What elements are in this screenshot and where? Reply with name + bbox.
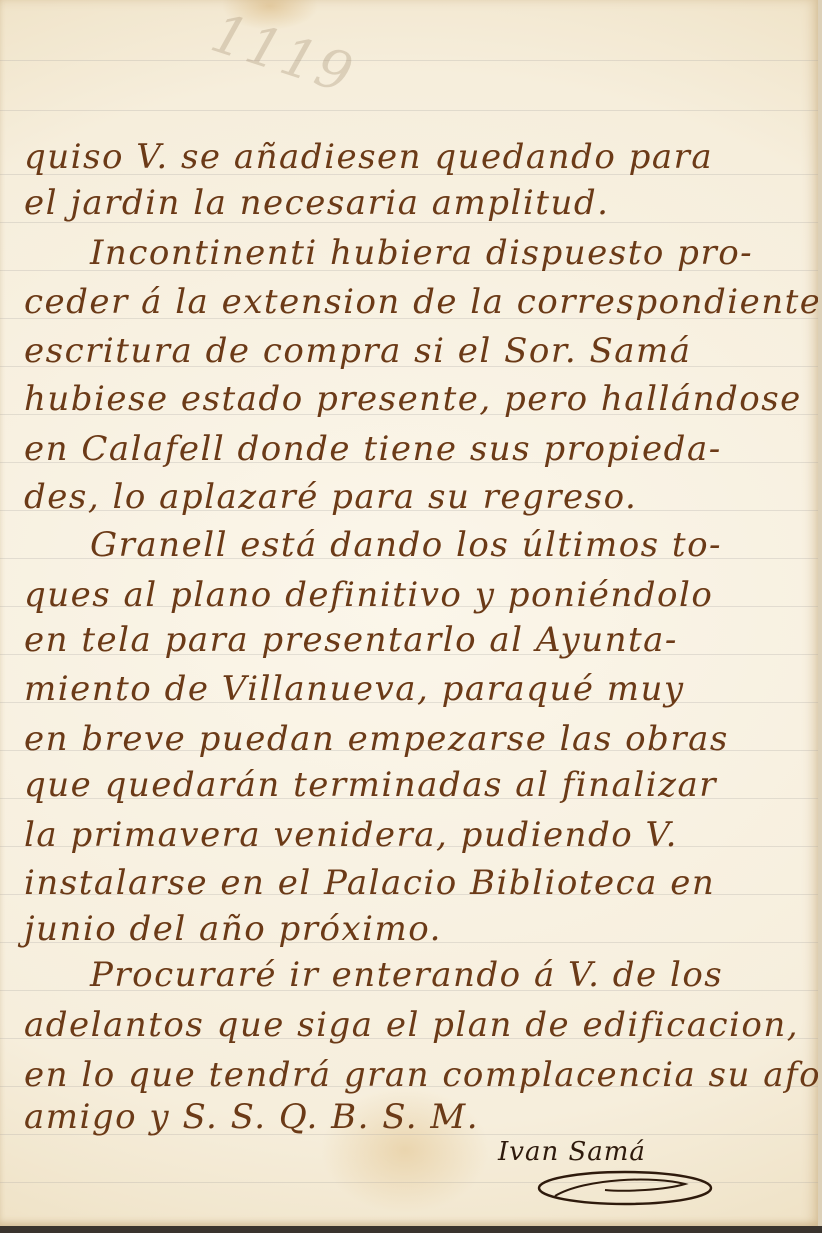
text-line: en lo que tendrá gran complacencia su af…: [24, 1058, 821, 1092]
text-line: quiso V. se añadiesen quedando para: [24, 140, 713, 174]
text-line: miento de Villanueva, paraqué muy: [24, 672, 685, 706]
text-line: en breve puedan empezarse las obras: [24, 722, 729, 756]
text-line: Granell está dando los últimos to-: [90, 528, 722, 562]
text-line: en tela para presentarlo al Ayunta-: [24, 623, 678, 657]
text-line: adelantos que siga el plan de edificacio…: [24, 1008, 799, 1042]
text-line: escritura de compra si el Sor. Samá: [24, 334, 692, 368]
scan-background: [0, 1226, 822, 1233]
text-line: hubiese estado presente, pero hallándose: [24, 382, 802, 416]
text-line: el jardin la necesaria amplitud.: [24, 186, 609, 220]
pencil-folio-mark: 1119: [204, 1, 362, 106]
text-line: ques al plano definitivo y poniéndolo: [24, 578, 713, 612]
text-line: junio del año próximo.: [24, 912, 442, 946]
ruled-line: [0, 110, 818, 111]
text-line: des, lo aplazaré para su regreso.: [24, 480, 637, 514]
signature-flourish-icon: [535, 1168, 720, 1208]
text-line: que quedarán terminadas al finalizar: [24, 768, 717, 802]
ruled-line: [0, 60, 818, 61]
text-line: instalarse en el Palacio Biblioteca en: [24, 866, 715, 900]
letter-page: 1119 quiso V. se añadiesen quedando para…: [0, 0, 818, 1226]
text-line: la primavera venidera, pudiendo V.: [24, 818, 678, 852]
text-line: en Calafell donde tiene sus propieda-: [24, 432, 722, 466]
page-edge: [818, 0, 822, 1233]
text-line: Incontinenti hubiera dispuesto pro-: [90, 236, 753, 270]
text-line: ceder á la extension de la correspondien…: [24, 285, 821, 319]
signature: Ivan Samá: [498, 1137, 646, 1167]
text-line: amigo y S. S. Q. B. S. M.: [24, 1100, 479, 1134]
text-line: Procuraré ir enterando á V. de los: [90, 958, 723, 992]
